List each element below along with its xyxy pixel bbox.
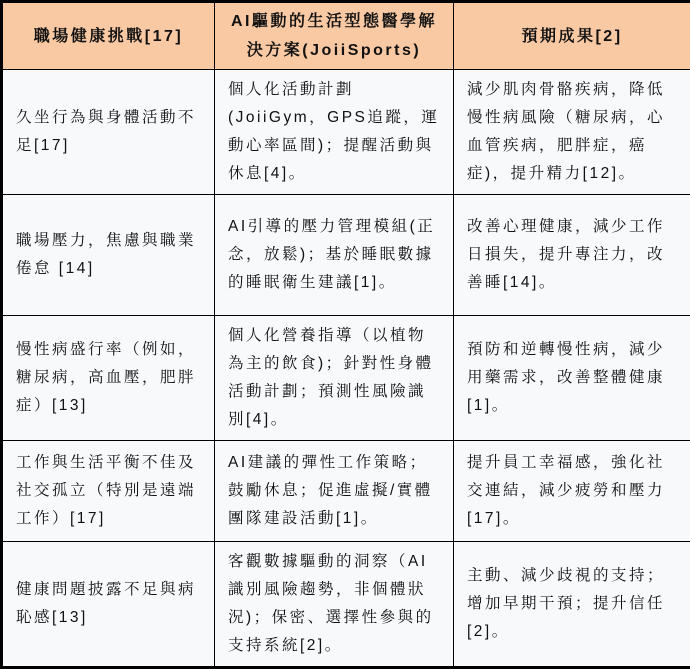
table-row: 慢性病盛行率（例如，糖尿病，高血壓，肥胖症）[13] 個人化營養指導（以植物為主… bbox=[2, 316, 690, 441]
header-row: 職場健康挑戰[17] AI驅動的生活型態醫學解決方案(JoiiSports) 預… bbox=[2, 2, 690, 70]
cell-challenge: 工作與生活平衡不佳及社交孤立（特別是遠端工作）[17] bbox=[2, 441, 215, 542]
cell-solution: 客觀數據驅動的洞察（AI識別風險趨勢，非個體狀況)；保密、選擇性參與的支持系統[… bbox=[215, 542, 454, 668]
cell-challenge: 職場壓力，焦慮與職業倦怠 [14] bbox=[2, 195, 215, 316]
cell-challenge: 久坐行為與身體活動不足[17] bbox=[2, 70, 215, 195]
table-container: 職場健康挑戰[17] AI驅動的生活型態醫學解決方案(JoiiSports) 預… bbox=[0, 0, 690, 662]
cell-solution: 個人化活動計劃(JoiiGym，GPS追蹤，運動心率區間)；提醒活動與休息[4]… bbox=[215, 70, 454, 195]
cell-outcome: 主動、減少歧視的支持；增加早期干預；提升信任[2]。 bbox=[454, 542, 690, 668]
cell-solution: AI引導的壓力管理模組(正念，放鬆)；基於睡眠數據的睡眠衛生建議[1]。 bbox=[215, 195, 454, 316]
cell-outcome: 減少肌肉骨骼疾病，降低慢性病風險（糖尿病，心血管疾病，肥胖症，癌症)，提升精力[… bbox=[454, 70, 690, 195]
cell-solution: AI建議的彈性工作策略；鼓勵休息；促進虛擬/實體團隊建設活動[1]。 bbox=[215, 441, 454, 542]
table-row: 健康問題披露不足與病恥感[13] 客觀數據驅動的洞察（AI識別風險趨勢，非個體狀… bbox=[2, 542, 690, 668]
cell-outcome: 預防和逆轉慢性病，減少用藥需求，改善整體健康[1]。 bbox=[454, 316, 690, 441]
table-row: 職場壓力，焦慮與職業倦怠 [14] AI引導的壓力管理模組(正念，放鬆)；基於睡… bbox=[2, 195, 690, 316]
cell-challenge: 健康問題披露不足與病恥感[13] bbox=[2, 542, 215, 668]
table-row: 工作與生活平衡不佳及社交孤立（特別是遠端工作）[17] AI建議的彈性工作策略；… bbox=[2, 441, 690, 542]
table-row: 久坐行為與身體活動不足[17] 個人化活動計劃(JoiiGym，GPS追蹤，運動… bbox=[2, 70, 690, 195]
header-cell-outcome: 預期成果[2] bbox=[454, 2, 690, 70]
cell-solution: 個人化營養指導（以植物為主的飲食)；針對性身體活動計劃；預測性風險識別[4]。 bbox=[215, 316, 454, 441]
header-cell-solution: AI驅動的生活型態醫學解決方案(JoiiSports) bbox=[215, 2, 454, 70]
cell-challenge: 慢性病盛行率（例如，糖尿病，高血壓，肥胖症）[13] bbox=[2, 316, 215, 441]
lifestyle-medicine-table: 職場健康挑戰[17] AI驅動的生活型態醫學解決方案(JoiiSports) 預… bbox=[0, 0, 690, 669]
cell-outcome: 提升員工幸福感，強化社交連結，減少疲勞和壓力[17]。 bbox=[454, 441, 690, 542]
header-cell-challenge: 職場健康挑戰[17] bbox=[2, 2, 215, 70]
cell-outcome: 改善心理健康，減少工作日損失，提升專注力，改善睡[14]。 bbox=[454, 195, 690, 316]
